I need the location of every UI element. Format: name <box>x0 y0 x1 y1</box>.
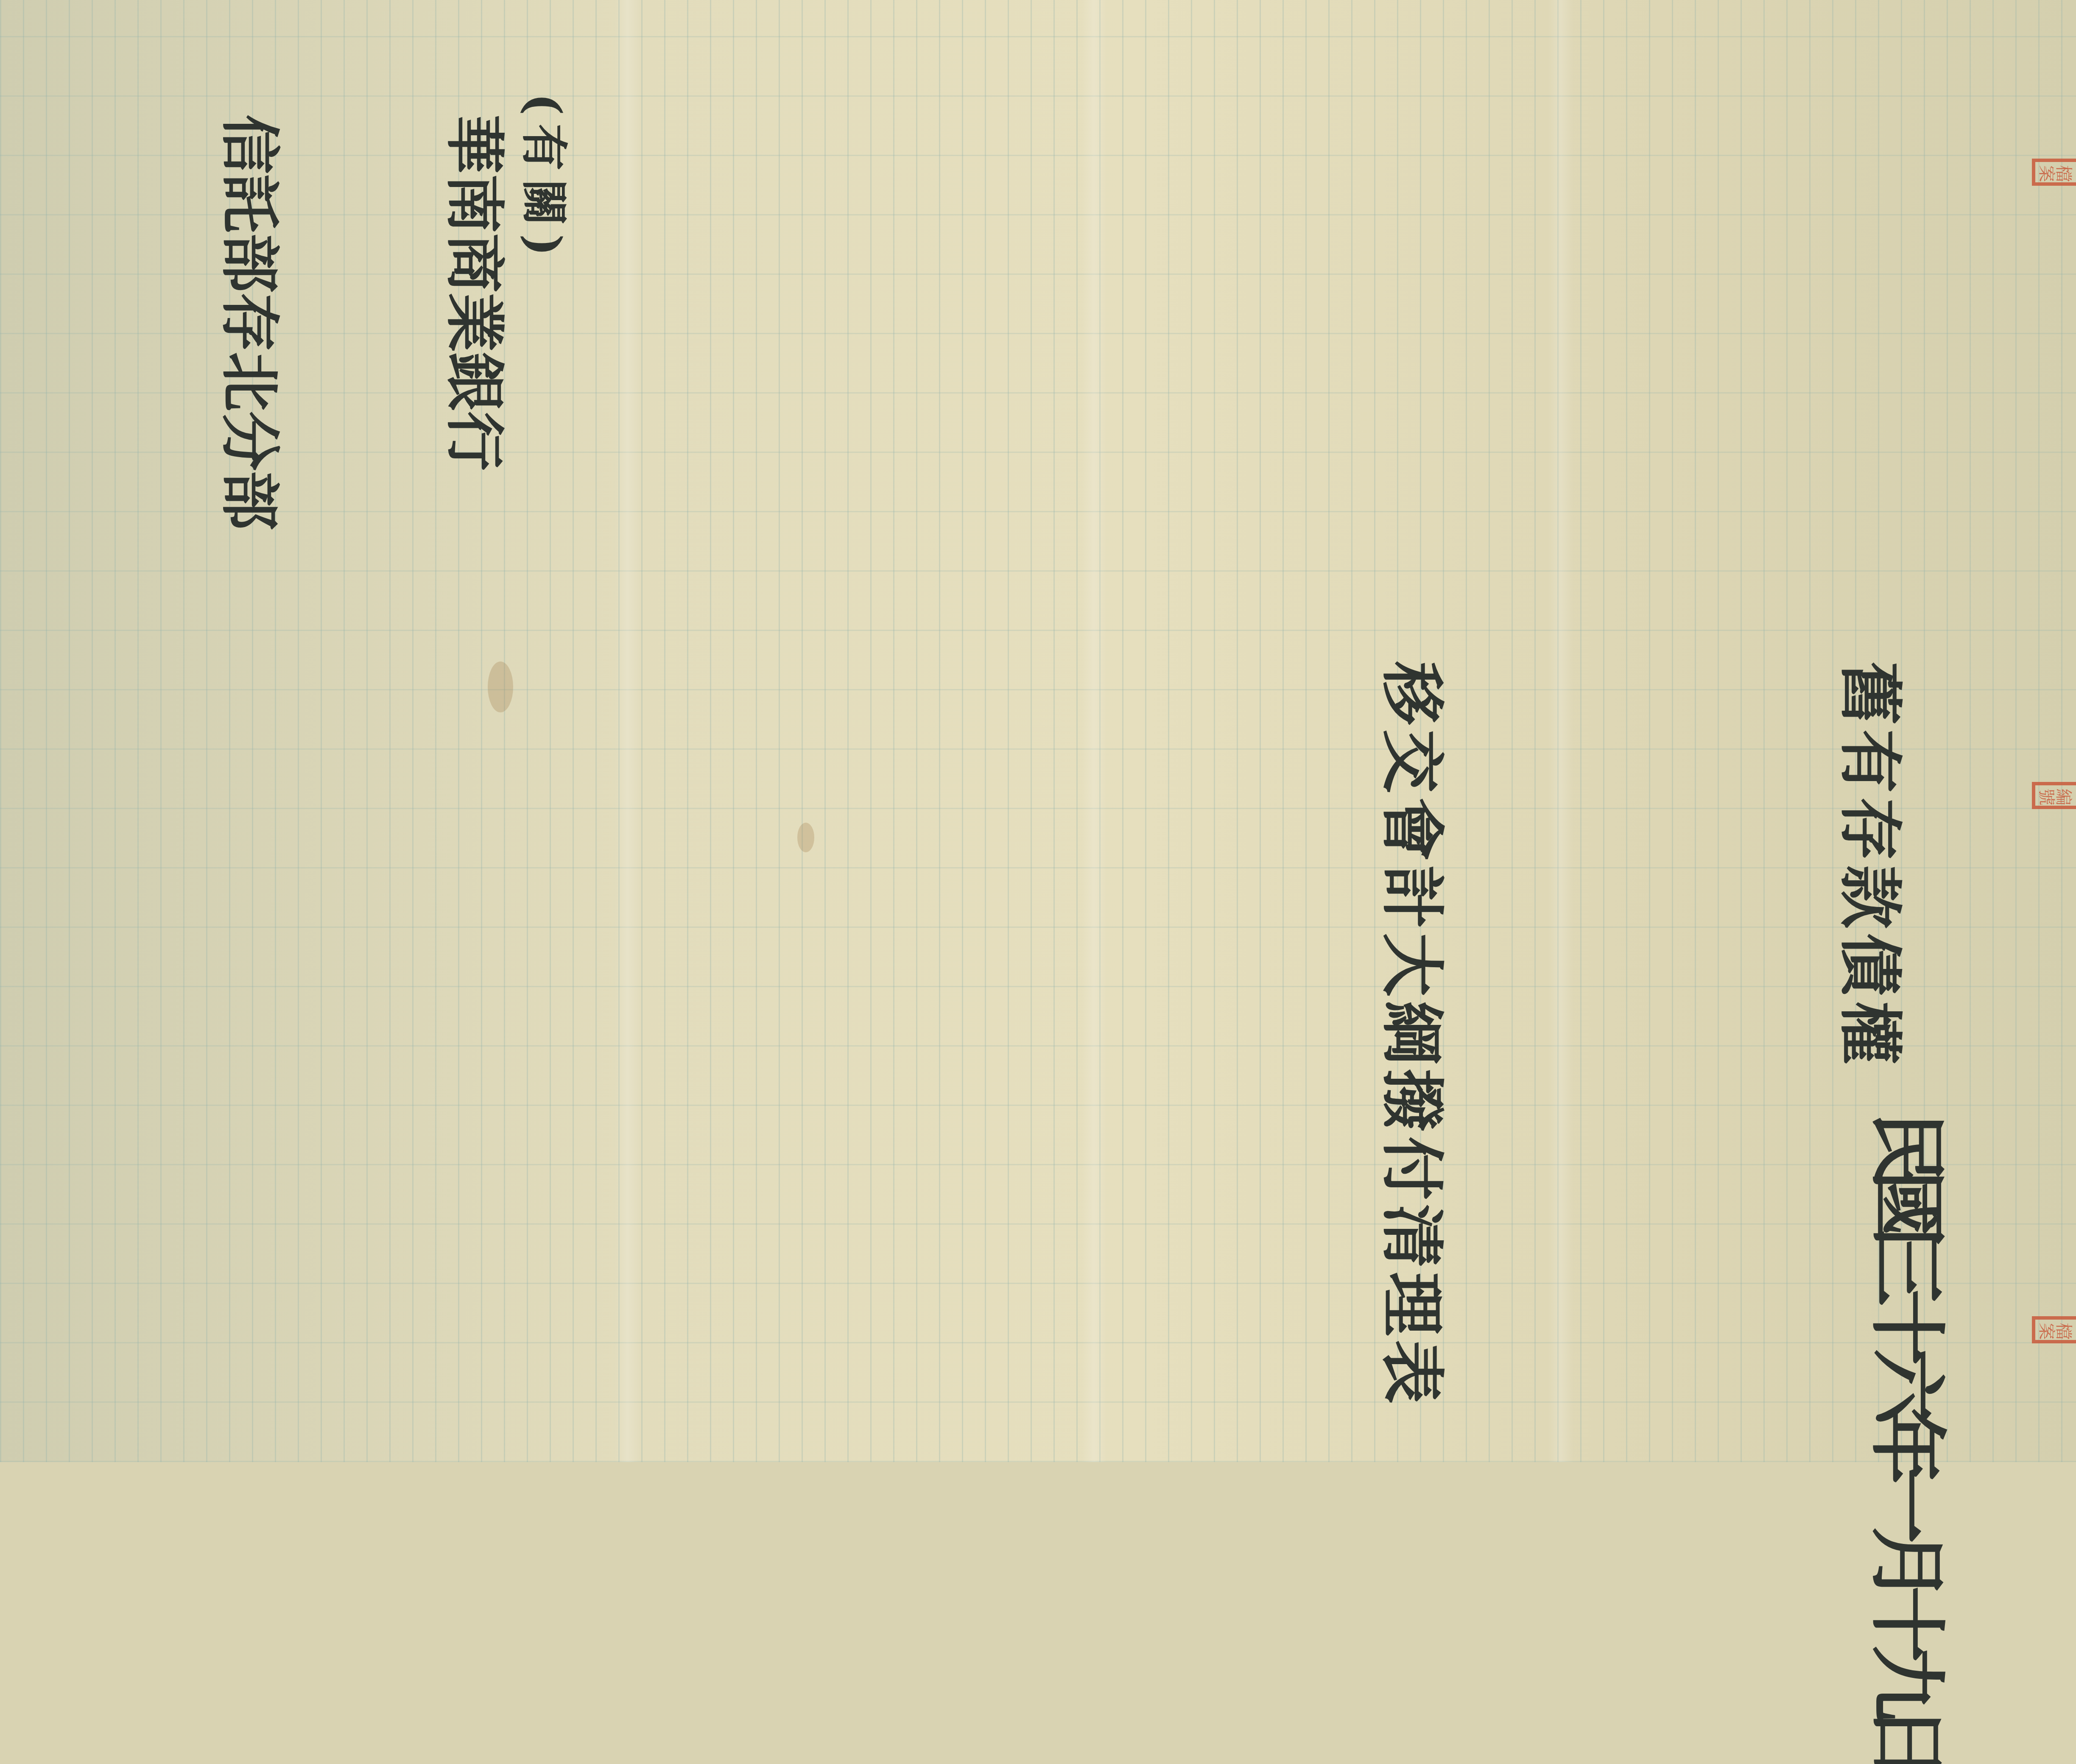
paper-fold <box>1548 0 1573 1462</box>
document-title-line-1: 舊有存款債權 <box>1830 661 1921 1069</box>
paper-fold <box>1081 0 1107 1462</box>
date-line: 民國三十六年一月十九日 <box>1858 1111 1968 1462</box>
stain <box>797 823 814 852</box>
paper-fold <box>615 0 640 1462</box>
issuer-line-1: 華南商業銀行 <box>436 114 522 471</box>
document-title-line-2: 移交會計大綱撥付清理表 <box>1372 661 1463 1408</box>
stain <box>488 661 513 712</box>
archive-stamp-top: 檔案 <box>2032 159 2076 186</box>
document-page: 民國三十六年一月十九日 舊有存款債權 移交會計大綱撥付清理表 (有關) 華南商業… <box>0 0 2076 1462</box>
note-label: (有關) <box>514 93 581 265</box>
issuer-line-2: 信託部存北分部 <box>212 114 297 530</box>
archive-stamp-middle: 編號 <box>2032 782 2076 809</box>
archive-stamp-bottom: 檔案 <box>2032 1316 2076 1343</box>
